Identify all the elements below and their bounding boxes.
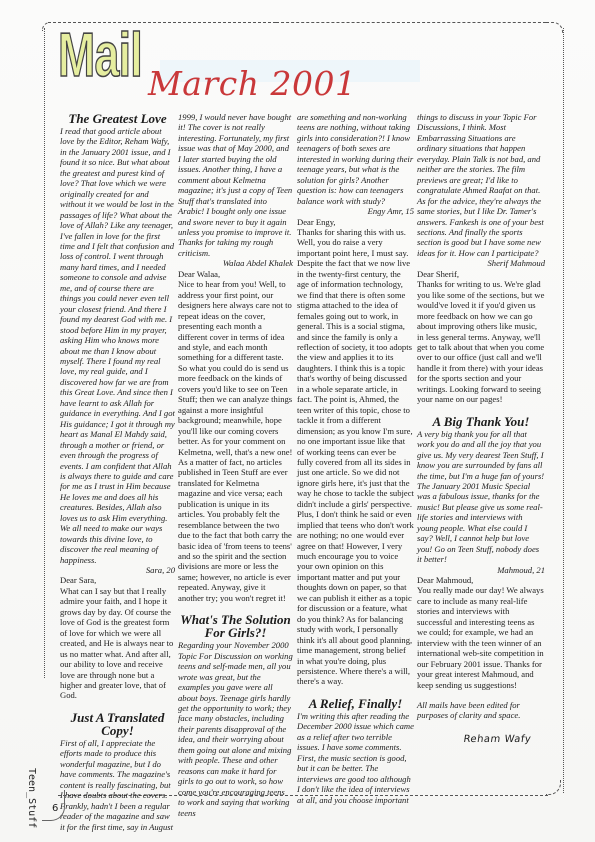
editor-signature: Reham Wafy xyxy=(416,735,545,745)
frame-border-right xyxy=(563,28,564,793)
reply-salutation: Dear Mahmoud, xyxy=(417,575,545,585)
frame-corner xyxy=(546,780,561,795)
section-title: Mail xyxy=(58,25,142,87)
editor-reply: You really made our day! We always care … xyxy=(417,585,545,690)
reader-letter: I read that good article about love by t… xyxy=(60,126,175,565)
reply-salutation: Dear Walaa, xyxy=(178,269,293,279)
frame-border-left xyxy=(44,28,45,678)
reply-salutation: Dear Sherif, xyxy=(417,269,545,279)
article-title: Just A Translated Copy! xyxy=(60,711,175,737)
issue-date: March 2001 xyxy=(148,64,356,103)
editor-reply: What can I say but that I really admire … xyxy=(60,586,175,701)
reply-salutation: Dear Engy, xyxy=(297,217,414,227)
frame-border-top xyxy=(276,22,546,23)
article-title: A Relief, Finally! xyxy=(297,697,414,710)
column-1: The Greatest Love I read that good artic… xyxy=(60,112,175,832)
reply-salutation: Dear Sara, xyxy=(60,575,175,585)
magazine-page: Mail March 2001 The Greatest Love I read… xyxy=(0,0,595,842)
reader-letter: are something and non-working teens are … xyxy=(297,112,414,206)
page-number: 6 xyxy=(52,803,58,814)
letter-signature: Engy Amr, 15 xyxy=(297,206,414,216)
editor-reply: Nice to hear from you! Well, to address … xyxy=(178,279,293,603)
article-title: What's The Solution For Girls?! xyxy=(178,613,293,639)
reader-letter: things to discuss in your Topic For Disc… xyxy=(417,112,545,258)
article-title: The Greatest Love xyxy=(60,112,175,125)
editor-reply: Thanks for writing to us. We're glad you… xyxy=(417,279,545,404)
reader-letter: I'm writing this after reading the Decem… xyxy=(297,711,414,805)
brand-label: Teen_Stuff xyxy=(26,768,37,828)
column-3: are something and non-working teens are … xyxy=(297,112,414,805)
reader-letter: First of all, I appreciate the efforts m… xyxy=(60,738,175,832)
reader-letter: Regarding your November 2000 Topic For D… xyxy=(178,640,293,818)
letter-signature: Sherif Mahmoud xyxy=(417,258,545,268)
editorial-note: All mails have been edited for purposes … xyxy=(417,700,545,721)
frame-corner xyxy=(546,22,563,33)
reader-letter: 1999, I would never have bought it! The … xyxy=(178,112,293,258)
column-4: things to discuss in your Topic For Disc… xyxy=(417,112,545,745)
editor-reply: Thanks for sharing this with us. Well, y… xyxy=(297,227,414,687)
letter-signature: Sara, 20 xyxy=(60,565,175,575)
letter-signature: Walaa Abdel Khalek xyxy=(178,258,293,268)
letter-signature: Mahmoud, 21 xyxy=(417,565,545,575)
column-2: 1999, I would never have bought it! The … xyxy=(178,112,293,818)
reader-letter: A very big thank you for all that work y… xyxy=(417,429,545,565)
article-title: A Big Thank You! xyxy=(417,415,545,428)
